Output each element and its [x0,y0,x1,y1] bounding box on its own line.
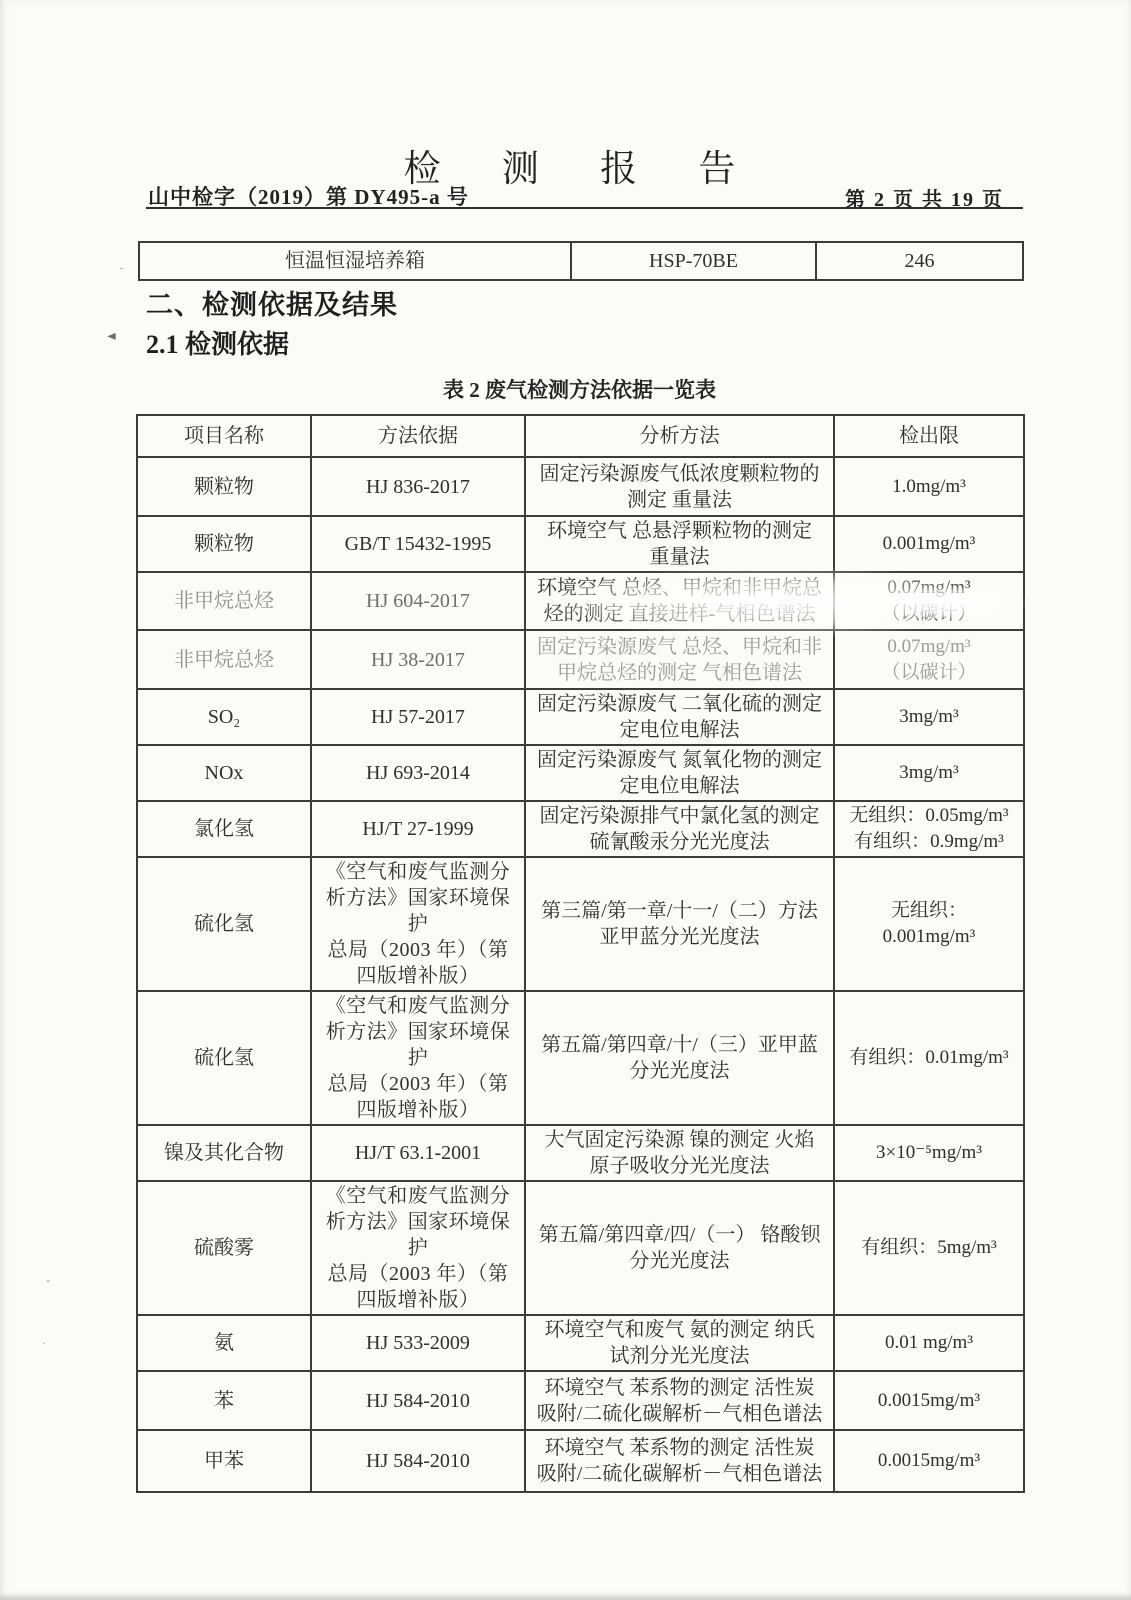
cell-limit: 0.07mg/m³ （以碳计） [834,630,1024,689]
scan-artifact: - [120,263,123,274]
table-caption: 表 2 废气检测方法依据一览表 [136,374,1023,404]
table-row: 镍及其化合物 HJ/T 63.1-2001 大气固定污染源 镍的测定 火焰 原子… [137,1125,1024,1181]
table-header-row: 项目名称 方法依据 分析方法 检出限 [137,415,1024,457]
cell-limit: 无组织： 0.001mg/m³ [834,857,1024,991]
cell-analysis: 第五篇/第四章/四/（一） 铬酸钡 分光光度法 [525,1181,834,1315]
table-row: 颗粒物 HJ 836-2017 固定污染源废气低浓度颗粒物的 测定 重量法 1.… [137,457,1024,516]
cell-item: 非甲烷总烃 [137,572,311,630]
cell-limit: 0.07mg/m³ （以碳计） [834,572,1024,630]
col-header-analysis: 分析方法 [525,415,834,457]
col-header-item: 项目名称 [137,415,311,457]
subsection-heading: 2.1 检测依据 [146,324,289,361]
cell-method: HJ 38-2017 [311,630,525,689]
table-row: 氨 HJ 533-2009 环境空气和废气 氨的测定 纳氏 试剂分光光度法 0.… [137,1315,1024,1371]
table-row: 甲苯 HJ 584-2010 环境空气 苯系物的测定 活性炭 吸附/二硫化碳解析… [137,1430,1024,1492]
cell-method: 《空气和废气监测分 析方法》国家环境保护 总局（2003 年）（第 四版增补版） [311,991,525,1125]
cell-item: 氯化氢 [137,801,311,857]
table-row: 苯 HJ 584-2010 环境空气 苯系物的测定 活性炭 吸附/二硫化碳解析－… [137,1371,1024,1430]
table-row: 非甲烷总烃 HJ 38-2017 固定污染源废气 总烃、甲烷和非 甲烷总烃的测定… [137,630,1024,689]
scan-artifact: · [42,1336,46,1351]
report-page: 检 测 报 告 山中检字（2019）第 DY495-a 号 第 2 页 共 19… [0,0,1131,1600]
cell-analysis: 固定污染源废气 氮氧化物的测定 定电位电解法 [525,745,834,801]
cell-method: HJ 836-2017 [311,457,525,516]
cell-item: 硫酸雾 [137,1181,311,1315]
cell-limit: 无组织：0.05mg/m³ 有组织：0.9mg/m³ [834,801,1024,857]
cell-analysis: 第五篇/第四章/十/（三）亚甲蓝 分光光度法 [525,991,834,1125]
cell-item: SO₂ [137,689,311,745]
method-table: 项目名称 方法依据 分析方法 检出限 颗粒物 HJ 836-2017 固定污染源… [136,414,1025,1493]
table-row: 颗粒物 GB/T 15432-1995 环境空气 总悬浮颗粒物的测定 重量法 0… [137,516,1024,572]
cell-item: 颗粒物 [137,516,311,572]
table-row: NOx HJ 693-2014 固定污染源废气 氮氧化物的测定 定电位电解法 3… [137,745,1024,801]
scan-artifact: ◂ [107,328,115,345]
col-header-method: 方法依据 [311,415,525,457]
cell-analysis: 环境空气 苯系物的测定 活性炭 吸附/二硫化碳解析－气相色谱法 [525,1430,834,1492]
cell-limit: 3mg/m³ [834,689,1024,745]
cell-method: HJ 57-2017 [311,689,525,745]
cell-limit: 3mg/m³ [834,745,1024,801]
cell-limit: 有组织：0.01mg/m³ [834,991,1024,1125]
cell-analysis: 环境空气 总悬浮颗粒物的测定 重量法 [525,516,834,572]
cell-item: 颗粒物 [137,457,311,516]
cell-analysis: 固定污染源废气低浓度颗粒物的 测定 重量法 [525,457,834,516]
cell-analysis: 固定污染源排气中氯化氢的测定 硫氰酸汞分光光度法 [525,801,834,857]
cell-item: 甲苯 [137,1430,311,1492]
cell-item: 硫化氢 [137,857,311,991]
cell-analysis: 环境空气和废气 氨的测定 纳氏 试剂分光光度法 [525,1315,834,1371]
cell-analysis: 环境空气 总烃、甲烷和非甲烷总 烃的测定 直接进样-气相色谱法 [525,572,834,630]
scan-edge-shadow [0,1593,1131,1600]
cell-method: HJ 693-2014 [311,745,525,801]
cell-method: HJ/T 63.1-2001 [311,1125,525,1181]
cell-item: 非甲烷总烃 [137,630,311,689]
equipment-row: 恒温恒湿培养箱 HSP-70BE 246 [139,242,1023,280]
cell-limit: 3×10⁻⁵mg/m³ [834,1125,1024,1181]
cell-analysis: 环境空气 苯系物的测定 活性炭 吸附/二硫化碳解析－气相色谱法 [525,1371,834,1430]
table-row: 非甲烷总烃 HJ 604-2017 环境空气 总烃、甲烷和非甲烷总 烃的测定 直… [137,572,1024,630]
cell-item: NOx [137,745,311,801]
cell-item: 苯 [137,1371,311,1430]
cell-analysis: 大气固定污染源 镍的测定 火焰 原子吸收分光光度法 [525,1125,834,1181]
cell-item: 镍及其化合物 [137,1125,311,1181]
cell-limit: 1.0mg/m³ [834,457,1024,516]
scan-artifact: - [46,1272,50,1288]
cell-method: GB/T 15432-1995 [311,516,525,572]
cell-method: 《空气和废气监测分 析方法》国家环境保护 总局（2003 年）（第 四版增补版） [311,857,525,991]
table-row: 氯化氢 HJ/T 27-1999 固定污染源排气中氯化氢的测定 硫氰酸汞分光光度… [137,801,1024,857]
cell-limit: 0.0015mg/m³ [834,1371,1024,1430]
cell-limit: 有组织：5mg/m³ [834,1181,1024,1315]
col-header-limit: 检出限 [834,415,1024,457]
cell-method: HJ 584-2010 [311,1430,525,1492]
equipment-name: 恒温恒湿培养箱 [139,242,571,280]
cell-method: HJ 584-2010 [311,1371,525,1430]
table-row: SO₂ HJ 57-2017 固定污染源废气 二氧化硫的测定 定电位电解法 3m… [137,689,1024,745]
header-rule [146,207,1023,209]
table-row: 硫酸雾 《空气和废气监测分 析方法》国家环境保护 总局（2003 年）（第 四版… [137,1181,1024,1315]
section-heading: 二、检测依据及结果 [146,283,398,322]
table-row: 硫化氢 《空气和废气监测分 析方法》国家环境保护 总局（2003 年）（第 四版… [137,991,1024,1125]
cell-method: HJ 533-2009 [311,1315,525,1371]
cell-limit: 0.01 mg/m³ [834,1315,1024,1371]
cell-analysis: 固定污染源废气 总烃、甲烷和非 甲烷总烃的测定 气相色谱法 [525,630,834,689]
cell-method: HJ 604-2017 [311,572,525,630]
cell-limit: 0.0015mg/m³ [834,1430,1024,1492]
equipment-model: HSP-70BE [571,242,816,280]
cell-method: HJ/T 27-1999 [311,801,525,857]
table-row: 硫化氢 《空气和废气监测分 析方法》国家环境保护 总局（2003 年）（第 四版… [137,857,1024,991]
cell-item: 氨 [137,1315,311,1371]
cell-analysis: 固定污染源废气 二氧化硫的测定 定电位电解法 [525,689,834,745]
cell-analysis: 第三篇/第一章/十一/（二）方法 亚甲蓝分光光度法 [525,857,834,991]
cell-method: 《空气和废气监测分 析方法》国家环境保护 总局（2003 年）（第 四版增补版） [311,1181,525,1315]
cell-limit: 0.001mg/m³ [834,516,1024,572]
equipment-number: 246 [816,242,1023,280]
cell-item: 硫化氢 [137,991,311,1125]
equipment-table: 恒温恒湿培养箱 HSP-70BE 246 [138,241,1024,281]
